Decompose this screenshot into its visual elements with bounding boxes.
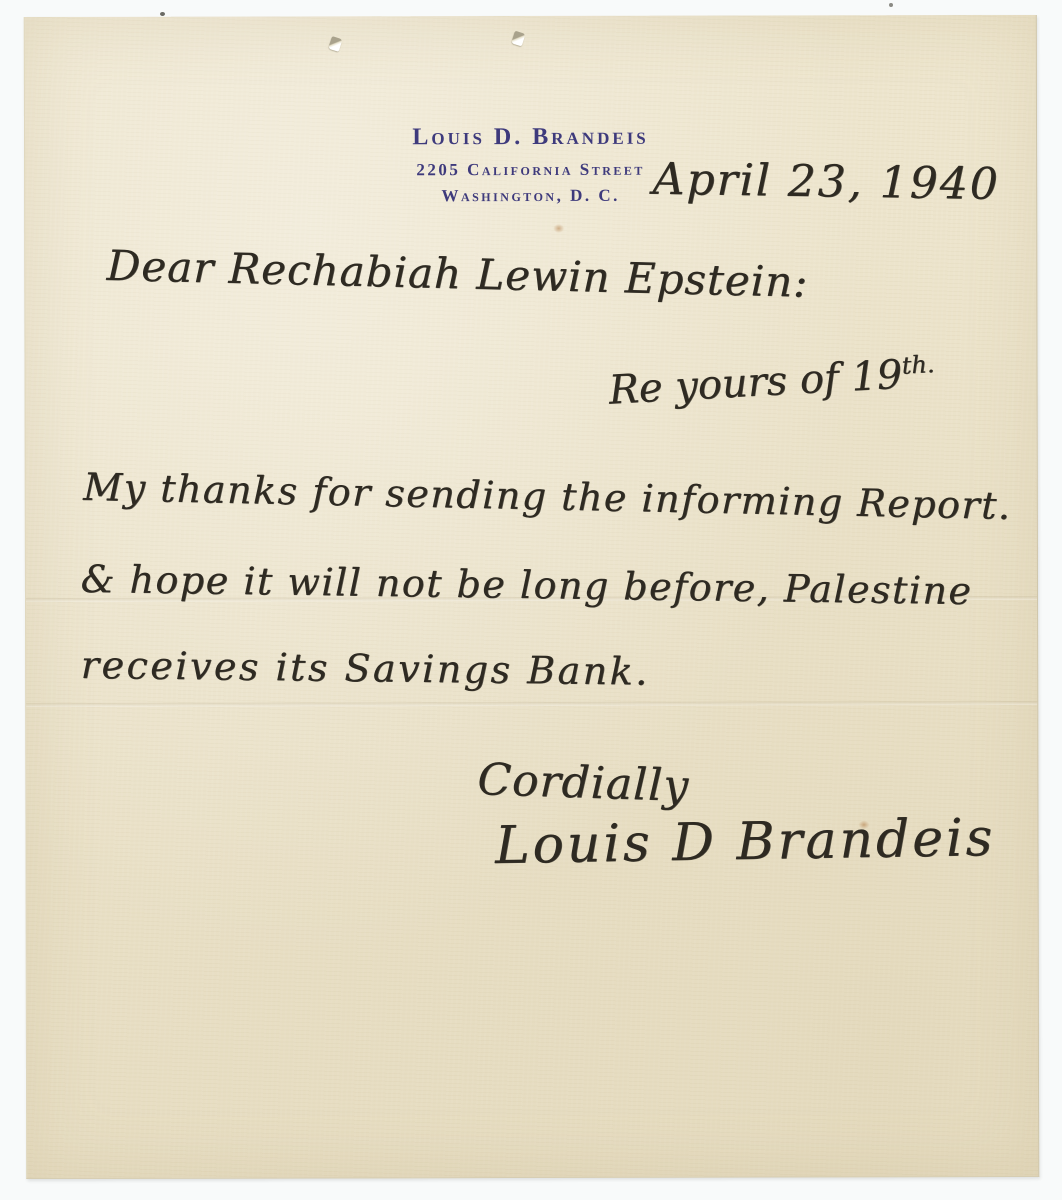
salutation: Dear Rechabiah Lewin Epstein: — [106, 241, 809, 307]
reference-text: Re yours of 19 — [608, 352, 904, 414]
body-line: & hope it will not be long before, Pales… — [80, 557, 972, 613]
letter-paper: Louis D. Brandeis 2205 California Street… — [24, 15, 1039, 1179]
edge-speck — [889, 3, 893, 7]
body-line: receives its Savings Bank. — [81, 643, 650, 694]
body-line: My thanks for sending the informing Repo… — [83, 465, 1012, 528]
edge-speck — [160, 12, 165, 16]
fold-crease — [26, 701, 1037, 707]
reference-superscript: th. — [901, 350, 935, 380]
letter-scan: Louis D. Brandeis 2205 California Street… — [0, 0, 1062, 1200]
reference-line: Re yours of 19th. — [608, 350, 937, 414]
pin-hole — [328, 36, 342, 52]
stain-spot — [553, 224, 564, 233]
pin-hole — [511, 31, 525, 47]
letterhead-name: Louis D. Brandeis — [25, 123, 1036, 152]
closing: Cordially — [477, 754, 690, 812]
signature: Louis D Brandeis — [494, 808, 995, 876]
handwritten-date: April 23, 1940 — [652, 154, 1000, 210]
